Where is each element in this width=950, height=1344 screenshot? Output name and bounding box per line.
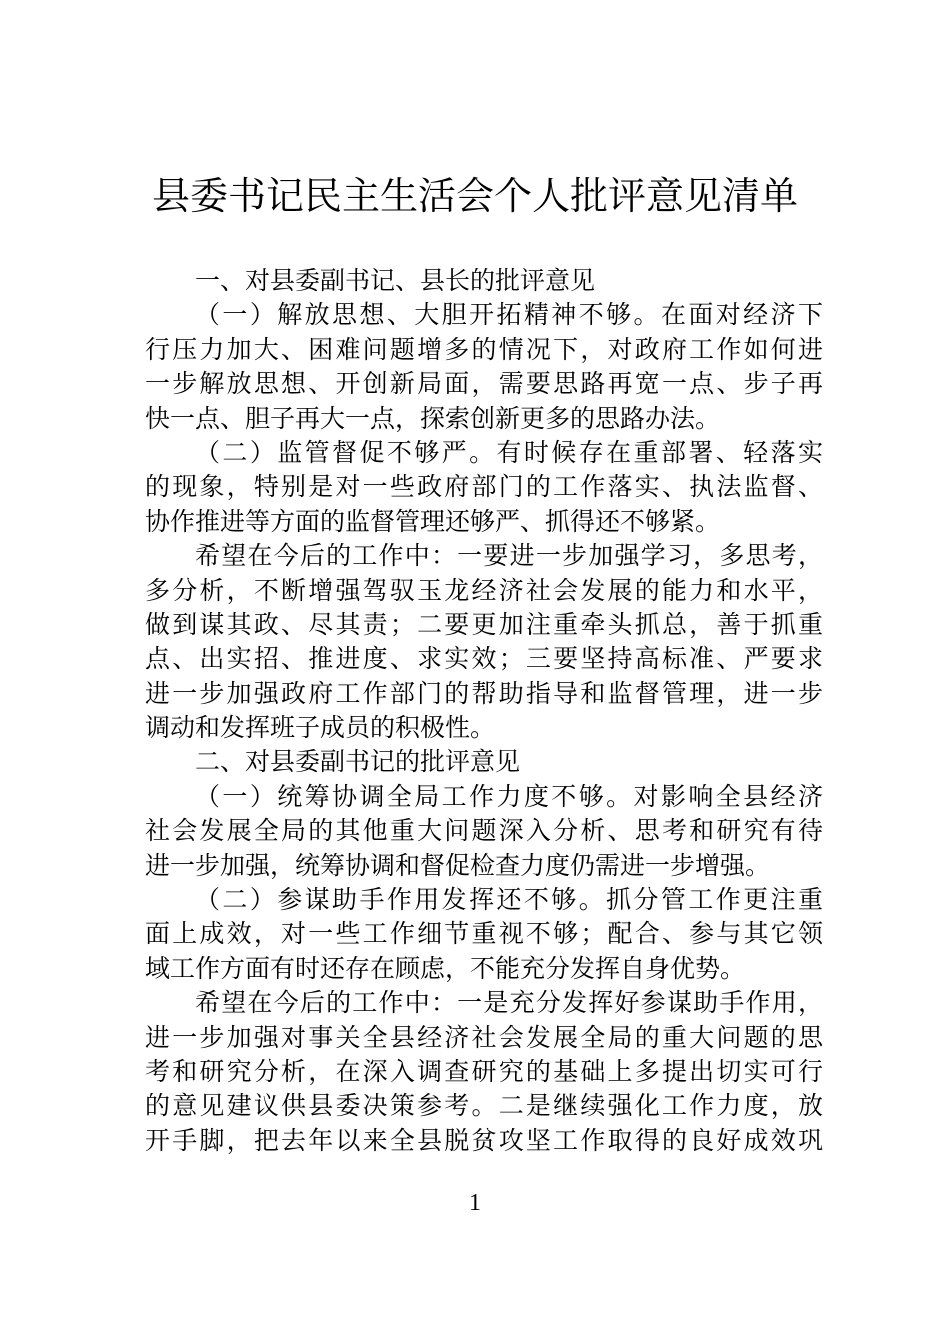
page-number: 1: [0, 1188, 950, 1218]
section-heading-line: 二、对县委副书记的批评意见: [145, 745, 823, 779]
paragraph-line: 社会发展全局的其他重大问题深入分析、思考和研究有待: [145, 814, 823, 848]
paragraph-line: 一步解放思想、开创新局面，需要思路再宽一点、步子再: [145, 367, 823, 401]
paragraph-line: 协作推进等方面的监督管理还够严、抓得还不够紧。: [145, 505, 823, 539]
paragraph-line: 点、出实招、推进度、求实效；三要坚持高标准、严要求: [145, 642, 823, 676]
paragraph-line: 进一步加强政府工作部门的帮助指导和监督管理，进一步: [145, 677, 823, 711]
paragraph-line: 进一步加强，统筹协调和督促检查力度仍需进一步增强。: [145, 849, 823, 883]
paragraph-line: 域工作方面有时还存在顾虑，不能充分发挥自身优势。: [145, 952, 823, 986]
paragraph-line: 行压力加大、困难问题增多的情况下，对政府工作如何进: [145, 333, 823, 367]
paragraph-line: 的意见建议供县委决策参考。二是继续强化工作力度，放: [145, 1089, 823, 1123]
paragraph-line: 希望在今后的工作中：一要进一步加强学习，多思考，: [145, 539, 823, 573]
paragraph-line: 面上成效，对一些工作细节重视不够；配合、参与其它领: [145, 917, 823, 951]
paragraph-line: （二）监管督促不够严。有时候存在重部署、轻落实: [145, 436, 823, 470]
paragraph-line: 进一步加强对事关全县经济社会发展全局的重大问题的思: [145, 1021, 823, 1055]
paragraph-line: 开手脚，把去年以来全县脱贫攻坚工作取得的良好成效巩: [145, 1124, 823, 1158]
section-heading-line: 一、对县委副书记、县长的批评意见: [145, 264, 823, 298]
paragraph-line: 的现象，特别是对一些政府部门的工作落实、执法监督、: [145, 470, 823, 504]
paragraph-line: （一）解放思想、大胆开拓精神不够。在面对经济下: [145, 298, 823, 332]
paragraph-line: 调动和发挥班子成员的积极性。: [145, 711, 823, 745]
document-body: 一、对县委副书记、县长的批评意见（一）解放思想、大胆开拓精神不够。在面对经济下行…: [145, 264, 823, 1158]
paragraph-line: （二）参谋助手作用发挥还不够。抓分管工作更注重: [145, 883, 823, 917]
paragraph-line: 希望在今后的工作中：一是充分发挥好参谋助手作用，: [145, 986, 823, 1020]
paragraph-line: 快一点、胆子再大一点，探索创新更多的思路办法。: [145, 402, 823, 436]
paragraph-line: 做到谋其政、尽其责；二要更加注重牵头抓总，善于抓重: [145, 608, 823, 642]
paragraph-line: （一）统筹协调全局工作力度不够。对影响全县经济: [145, 780, 823, 814]
paragraph-line: 考和研究分析，在深入调查研究的基础上多提出切实可行: [145, 1055, 823, 1089]
paragraph-line: 多分析，不断增强驾驭玉龙经济社会发展的能力和水平，: [145, 574, 823, 608]
document-title: 县委书记民主生活会个人批评意见清单: [0, 172, 950, 220]
document-page: 县委书记民主生活会个人批评意见清单 一、对县委副书记、县长的批评意见（一）解放思…: [0, 0, 950, 1344]
